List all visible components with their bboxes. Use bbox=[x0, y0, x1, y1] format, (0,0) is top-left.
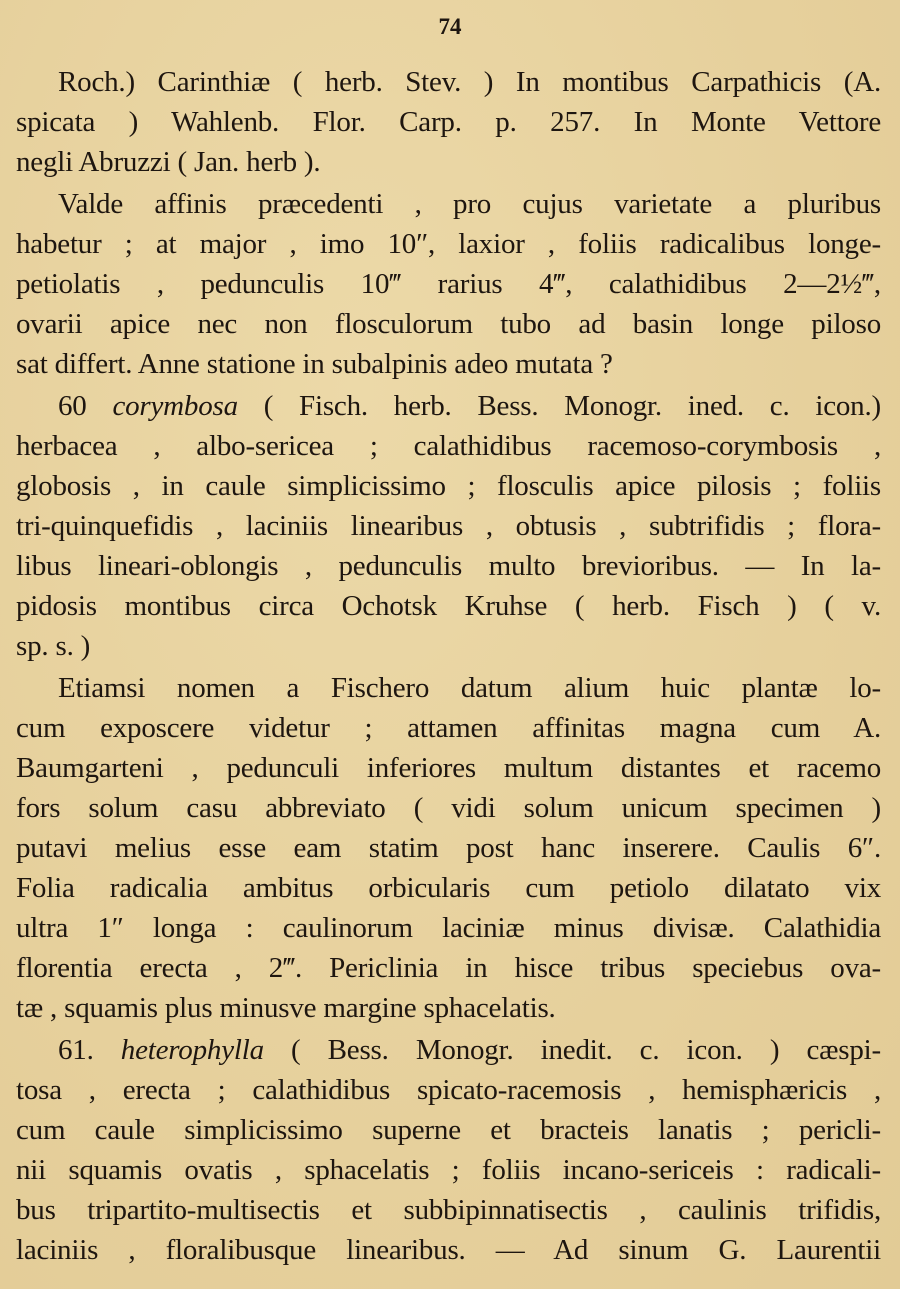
text-line: negli Abruzzi ( Jan. herb ). bbox=[16, 142, 881, 182]
text-line: nii squamis ovatis , sphacelatis ; folii… bbox=[16, 1150, 881, 1190]
species-entry-61: 61. heterophylla ( Bess. Monogr. inedit.… bbox=[58, 1030, 881, 1070]
text-line: Baumgarteni , pedunculi inferiores multu… bbox=[16, 748, 881, 788]
text-line: tri-quinquefidis , laciniis linearibus ,… bbox=[16, 506, 881, 546]
text-line: petiolatis , pedunculis 10‴ rarius 4‴, c… bbox=[16, 264, 881, 304]
text-line: ovarii apice nec non flosculorum tubo ad… bbox=[16, 304, 881, 344]
text-line: sp. s. ) bbox=[16, 626, 881, 666]
paragraph-start-line: Etiamsi nomen a Fischero datum alium hui… bbox=[58, 668, 881, 708]
page-number: 74 bbox=[0, 14, 900, 40]
text-line: fors solum casu abbreviato ( vidi solum … bbox=[16, 788, 881, 828]
text-line: florentia erecta , 2‴. Periclinia in his… bbox=[16, 948, 881, 988]
species-number: 61. bbox=[58, 1034, 94, 1066]
species-reference: ( Bess. Monogr. inedit. c. icon. ) cæspi… bbox=[291, 1034, 881, 1066]
text-line: laciniis , floralibusque linearibus. — A… bbox=[16, 1230, 881, 1270]
paragraph-start-line: Valde affinis præcedenti , pro cujus var… bbox=[58, 184, 881, 224]
text-line: libus lineari-oblongis , pedunculis mult… bbox=[16, 546, 881, 586]
text-line: globosis , in caule simplicissimo ; flos… bbox=[16, 466, 881, 506]
text-line: herbacea , albo-sericea ; calathidibus r… bbox=[16, 426, 881, 466]
text-line: ultra 1″ longa : caulinorum laciniæ minu… bbox=[16, 908, 881, 948]
text-line: pidosis montibus circa Ochotsk Kruhse ( … bbox=[16, 586, 881, 626]
species-name: corymbosa bbox=[112, 390, 237, 422]
text-line: bus tripartito-multisectis et subbipinna… bbox=[16, 1190, 881, 1230]
species-entry-60: 60 corymbosa ( Fisch. herb. Bess. Monogr… bbox=[58, 386, 881, 426]
text-line: Roch.) Carinthiæ ( herb. Stev. ) In mont… bbox=[58, 62, 881, 102]
text-line: cum caule simplicissimo superne et bract… bbox=[16, 1110, 881, 1150]
text-line: Folia radicalia ambitus orbicularis cum … bbox=[16, 868, 881, 908]
text-line: sat differt. Anne statione in subalpinis… bbox=[16, 344, 881, 384]
text-line: cum exposcere videtur ; attamen affinita… bbox=[16, 708, 881, 748]
text-line: tosa , erecta ; calathidibus spicato-rac… bbox=[16, 1070, 881, 1110]
text-line: habetur ; at major , imo 10″, laxior , f… bbox=[16, 224, 881, 264]
text-line: tæ , squamis plus minusve margine sphace… bbox=[16, 988, 881, 1028]
species-reference: ( Fisch. herb. Bess. Monogr. ined. c. ic… bbox=[264, 390, 881, 422]
text-line: spicata ) Wahlenb. Flor. Carp. p. 257. I… bbox=[16, 102, 881, 142]
species-number: 60 bbox=[58, 390, 87, 422]
species-name: heterophylla bbox=[121, 1034, 264, 1066]
text-line: putavi melius esse eam statim post hanc … bbox=[16, 828, 881, 868]
book-page: 74 Roch.) Carinthiæ ( herb. Stev. ) In m… bbox=[0, 0, 900, 1289]
